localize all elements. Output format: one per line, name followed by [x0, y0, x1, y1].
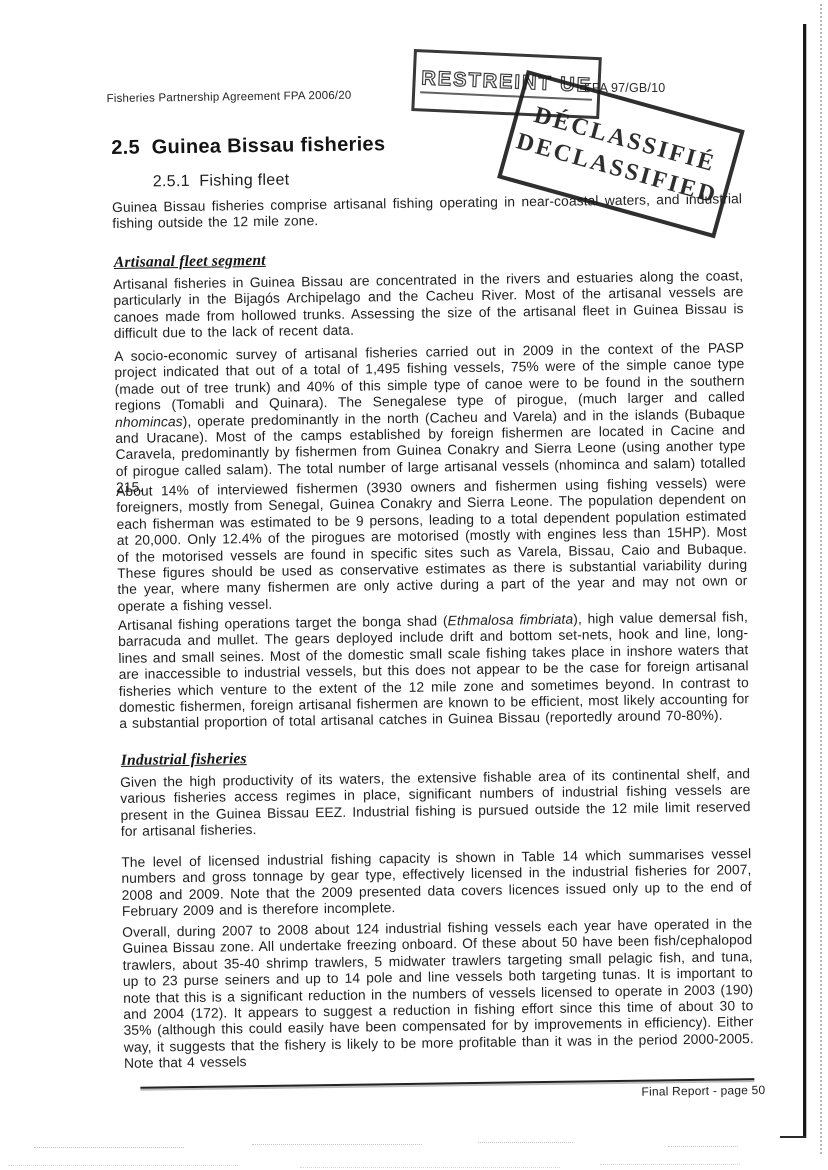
scan-noise-dots: [600, 1164, 740, 1165]
scan-noise-dots: [34, 1147, 184, 1148]
heading-industrial-fisheries: Industrial fisheries: [121, 750, 247, 770]
scan-noise-dots: [478, 1142, 573, 1143]
scan-noise-dots: [252, 1144, 422, 1145]
paragraph-industrial-3: Overall, during 2007 to 2008 about 124 i…: [122, 916, 754, 1072]
scan-page-edge-corner: [780, 1136, 806, 1138]
paragraph-artisanal-3: About 14% of interviewed fishermen (3930…: [116, 475, 748, 615]
heading-artisanal-fleet-segment: Artisanal fleet segment: [114, 252, 266, 272]
scan-noise-dots: [668, 1146, 738, 1147]
document-reference: Fisheries Partnership Agreement FPA 2006…: [107, 90, 352, 105]
paragraph-artisanal-4: Artisanal fishing operations target the …: [118, 609, 750, 733]
scan-page-edge-line: [803, 24, 806, 1138]
scanned-document-page: { "header": { "doc_ref": "Fisheries Part…: [0, 0, 828, 1170]
paragraph-artisanal-1: Artisanal fisheries in Guinea Bissau are…: [113, 268, 744, 342]
subsection-heading: 2.5.1 Fishing fleet: [153, 172, 290, 192]
scan-edge-dotted-line: [820, 4, 822, 1154]
section-heading: 2.5 Guinea Bissau fisheries: [111, 133, 385, 160]
paragraph-industrial-2: The level of licensed industrial fishing…: [121, 846, 752, 920]
footer-page-label: Final Report - page 50: [641, 1083, 765, 1099]
paragraph-industrial-1: Given the high productivity of its water…: [120, 766, 751, 840]
scan-noise-dots: [8, 1165, 238, 1166]
paragraph-artisanal-2: A socio-economic survey of artisanal fis…: [114, 340, 746, 496]
scan-noise-dots: [300, 1167, 560, 1168]
